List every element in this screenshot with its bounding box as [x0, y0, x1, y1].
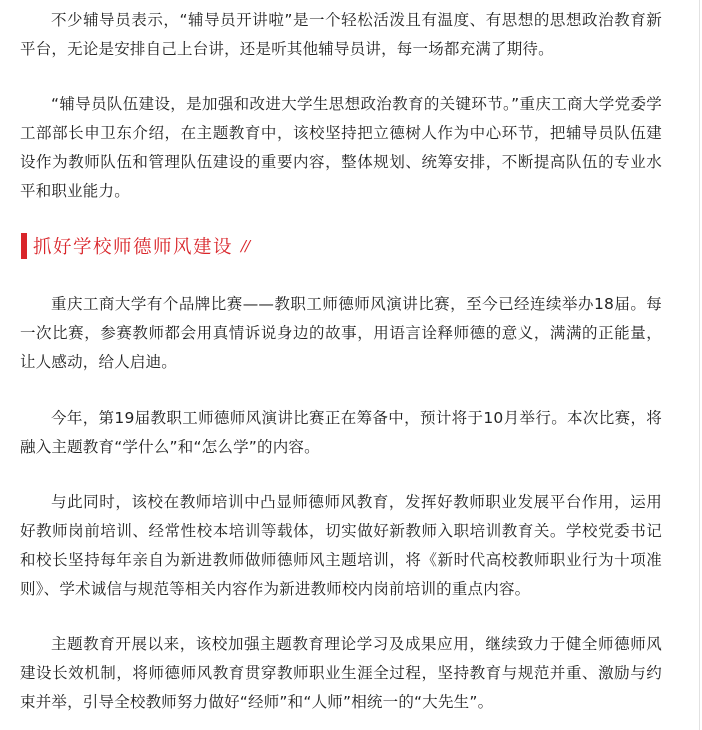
article-paragraph: 不少辅导员表示，“辅导员开讲啦”是一个轻松活泼且有温度、有思想的思想政治教育新平…	[20, 6, 662, 64]
article-paragraph: 重庆工商大学有个品牌比赛——教职工师德师风演讲比赛，至今已经连续举办18届。每一…	[20, 290, 662, 377]
article-page: 不少辅导员表示，“辅导员开讲啦”是一个轻松活泼且有温度、有思想的思想政治教育新平…	[0, 0, 698, 730]
section-heading: 抓好学校师德师风建设 //	[21, 233, 249, 259]
article-paragraph: “辅导员队伍建设，是加强和改进大学生思想政治教育的关键环节。”重庆工商大学党委学…	[20, 90, 662, 206]
article-paragraph: 主题教育开展以来，该校加强主题教育理论学习及成果应用，继续致力于健全师德师风建设…	[20, 630, 662, 717]
section-heading-title: 抓好学校师德师风建设	[33, 233, 233, 259]
article-paragraph: 今年，第19届教职工师德师风演讲比赛正在筹备中，预计将于10月举行。本次比赛，将…	[20, 404, 662, 462]
article-paragraph: 与此同时，该校在教师培训中凸显师德师风教育，发挥好教师职业发展平台作用，运用好教…	[20, 488, 662, 604]
heading-accent-bar	[21, 233, 27, 259]
page-edge-divider	[699, 0, 700, 730]
heading-slash-decoration: //	[241, 237, 249, 255]
